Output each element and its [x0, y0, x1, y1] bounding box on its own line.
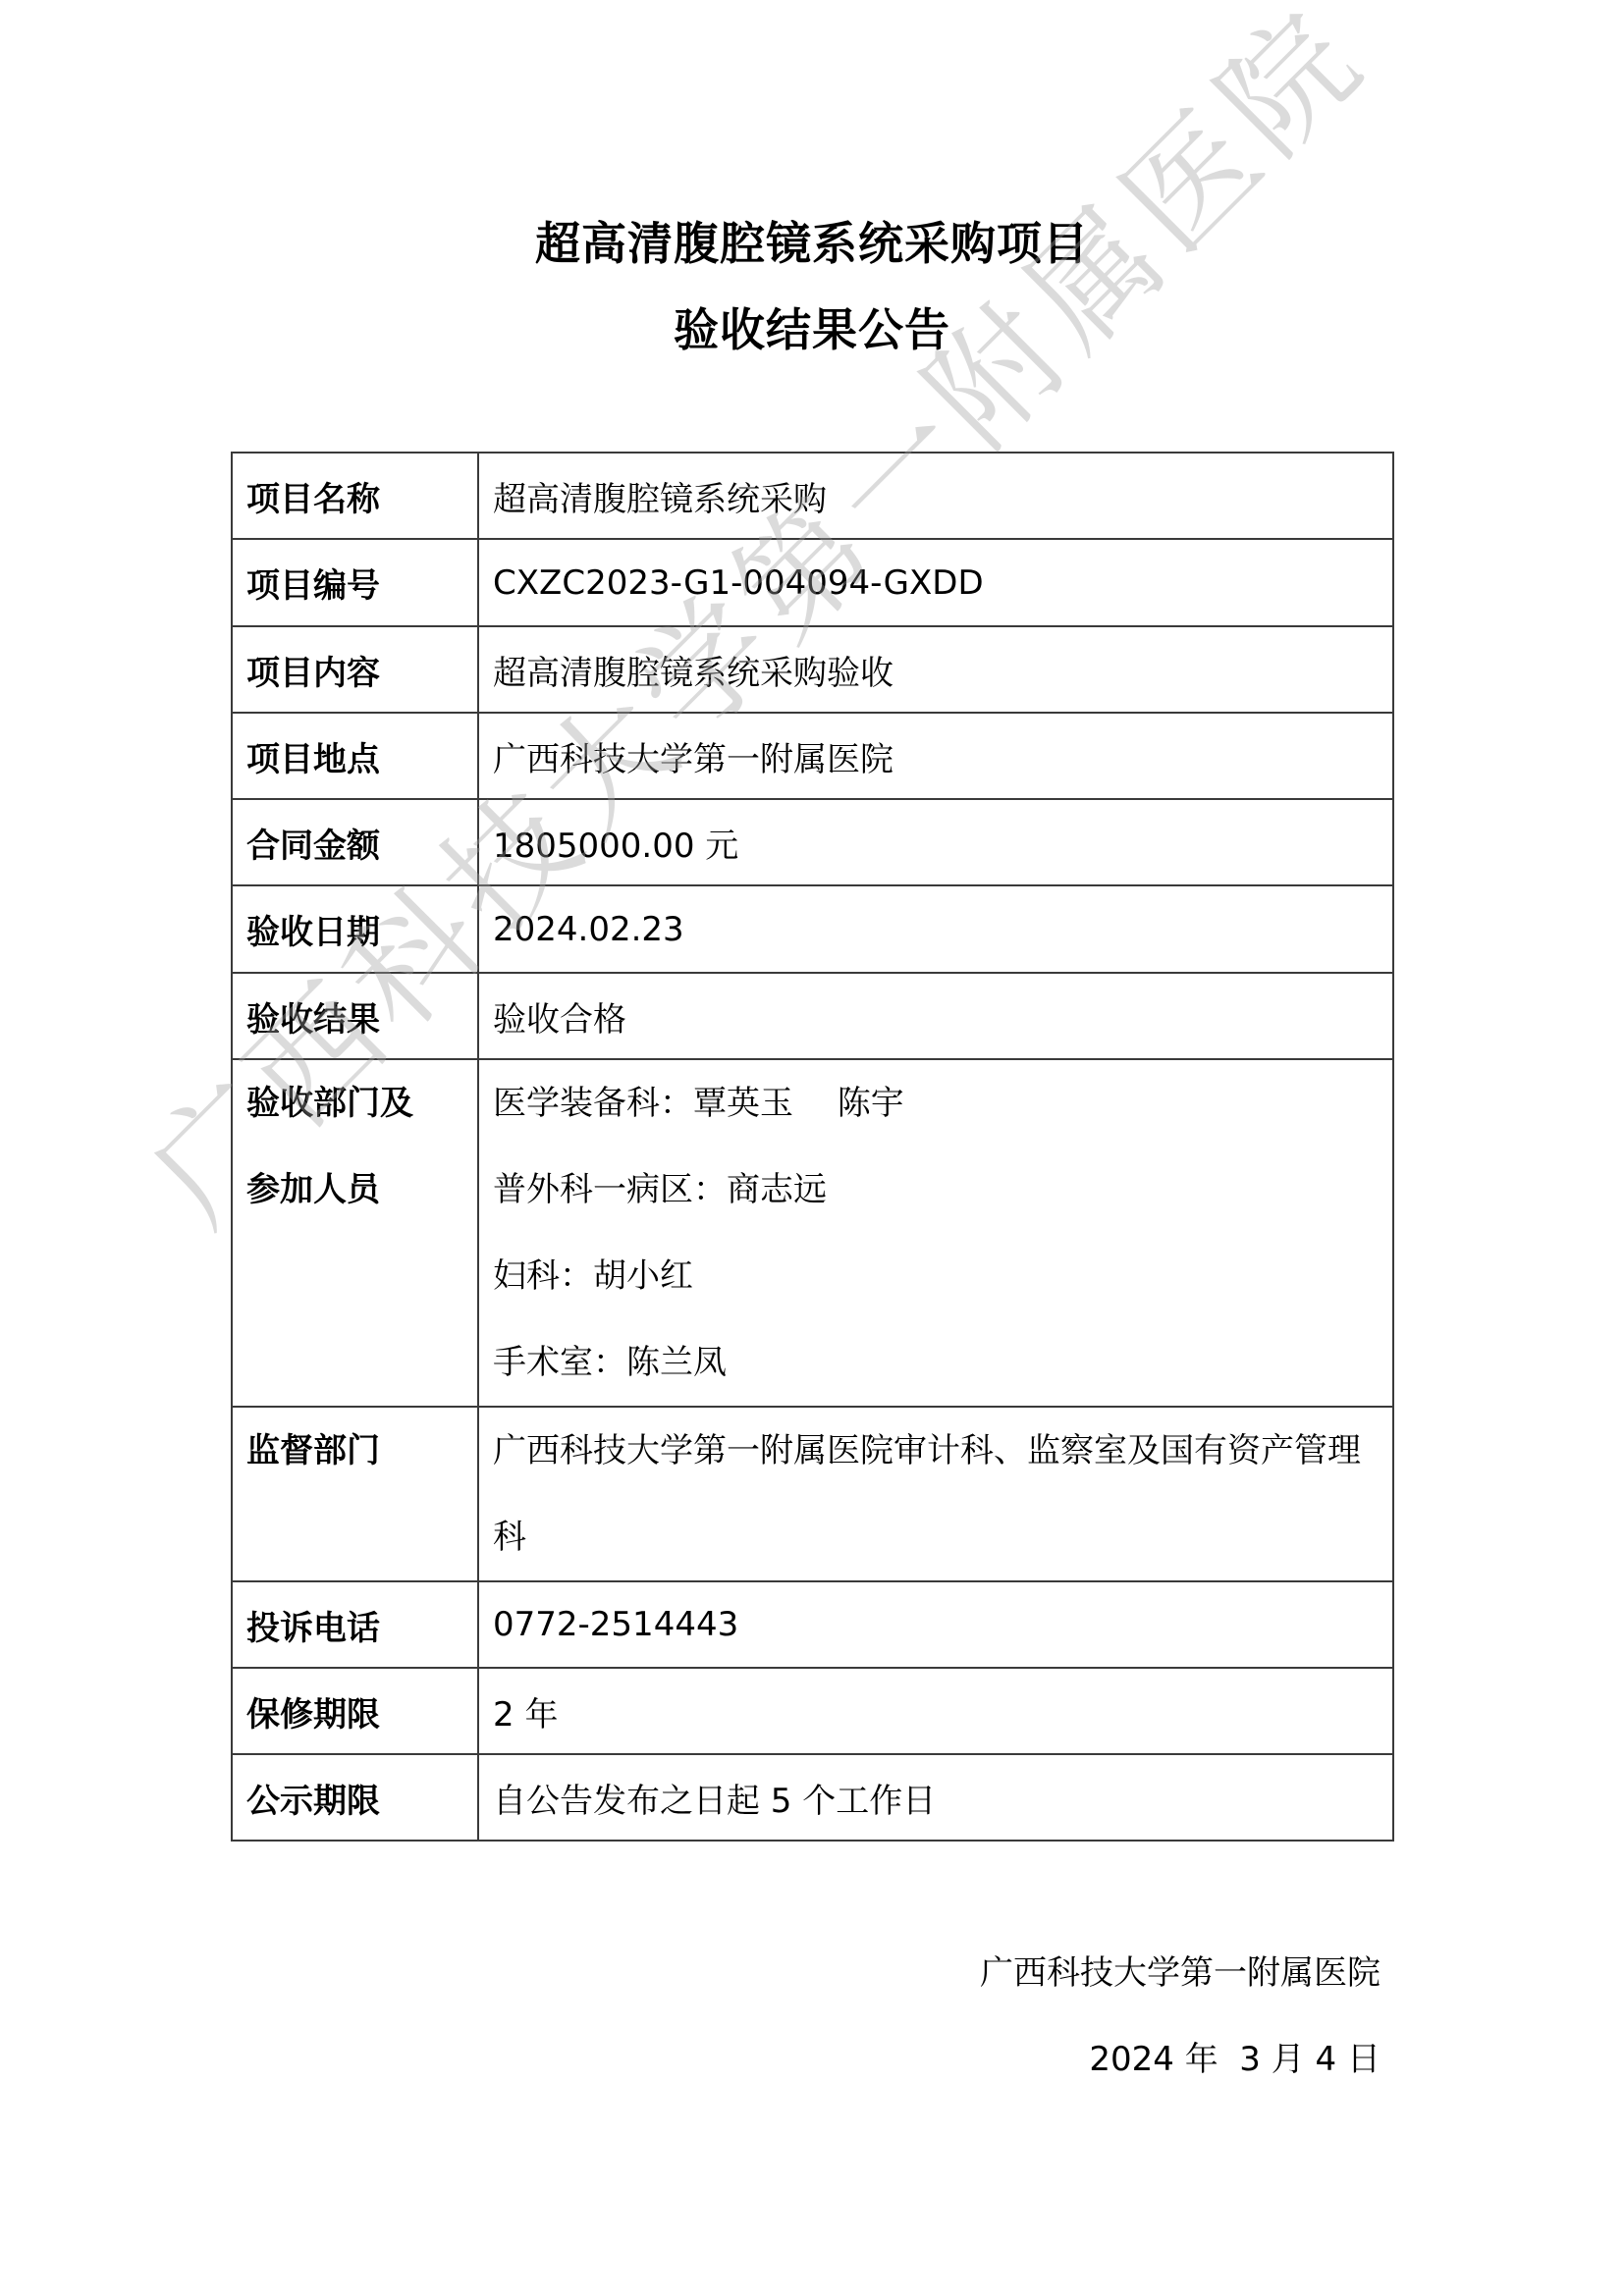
row-label: 项目编号	[232, 539, 478, 626]
row-label: 项目内容	[232, 626, 478, 713]
table-row: 保修期限 2 年	[232, 1668, 1393, 1754]
table-row: 项目地点 广西科技大学第一附属医院	[232, 713, 1393, 799]
table-row: 项目编号 CXZC2023-G1-004094-GXDD	[232, 539, 1393, 626]
publicity-period-value: 自公告发布之日起 5 个工作日	[478, 1754, 1393, 1841]
acceptance-result-value: 验收合格	[478, 973, 1393, 1059]
participant-line: 妇科：胡小红	[493, 1233, 1379, 1319]
supervision-value: 广西科技大学第一附属医院审计科、监察室及国有资产管理科	[478, 1407, 1393, 1581]
participants-value: 医学装备科：覃英玉 陈宇 普外科一病区：商志远 妇科：胡小红 手术室：陈兰凤	[478, 1059, 1393, 1407]
row-label: 验收结果	[232, 973, 478, 1059]
row-label: 验收日期	[232, 885, 478, 973]
row-label: 公示期限	[232, 1754, 478, 1841]
complaint-phone-value: 0772-2514443	[478, 1581, 1393, 1668]
participant-line: 医学装备科：覃英玉 陈宇	[493, 1060, 1379, 1147]
supervision-label: 监督部门	[232, 1407, 478, 1581]
table-row: 验收日期 2024.02.23	[232, 885, 1393, 973]
table-row: 项目内容 超高清腹腔镜系统采购验收	[232, 626, 1393, 713]
contract-amount-value: 1805000.00 元	[478, 799, 1393, 885]
project-location-value: 广西科技大学第一附属医院	[478, 713, 1393, 799]
table-row: 投诉电话 0772-2514443	[232, 1581, 1393, 1668]
document-title-line1: 超高清腹腔镜系统采购项目	[0, 208, 1624, 273]
participants-label-line1: 验收部门及	[246, 1060, 463, 1147]
signature-organization: 广西科技大学第一附属医院	[980, 1946, 1380, 1994]
table-row: 合同金额 1805000.00 元	[232, 799, 1393, 885]
project-number-value: CXZC2023-G1-004094-GXDD	[478, 539, 1393, 626]
project-content-value: 超高清腹腔镜系统采购验收	[478, 626, 1393, 713]
participants-label: 验收部门及 参加人员	[232, 1059, 478, 1407]
warranty-period-value: 2 年	[478, 1668, 1393, 1754]
table-row-participants: 验收部门及 参加人员 医学装备科：覃英玉 陈宇 普外科一病区：商志远 妇科：胡小…	[232, 1059, 1393, 1407]
acceptance-info-table: 项目名称 超高清腹腔镜系统采购 项目编号 CXZC2023-G1-004094-…	[231, 452, 1394, 1842]
row-label: 保修期限	[232, 1668, 478, 1754]
signature-date: 2024 年 3 月 4 日	[1089, 2032, 1380, 2080]
project-name-value: 超高清腹腔镜系统采购	[478, 453, 1393, 539]
document-title-line2: 验收结果公告	[0, 294, 1624, 359]
table-row: 项目名称 超高清腹腔镜系统采购	[232, 453, 1393, 539]
table-row: 验收结果 验收合格	[232, 973, 1393, 1059]
table-row: 公示期限 自公告发布之日起 5 个工作日	[232, 1754, 1393, 1841]
participant-line: 手术室：陈兰凤	[493, 1319, 1379, 1406]
row-label: 投诉电话	[232, 1581, 478, 1668]
row-label: 项目名称	[232, 453, 478, 539]
row-label: 项目地点	[232, 713, 478, 799]
table-row-supervision: 监督部门 广西科技大学第一附属医院审计科、监察室及国有资产管理科	[232, 1407, 1393, 1581]
acceptance-date-value: 2024.02.23	[478, 885, 1393, 973]
participants-label-line2: 参加人员	[246, 1147, 463, 1233]
row-label: 合同金额	[232, 799, 478, 885]
participant-line: 普外科一病区：商志远	[493, 1147, 1379, 1233]
